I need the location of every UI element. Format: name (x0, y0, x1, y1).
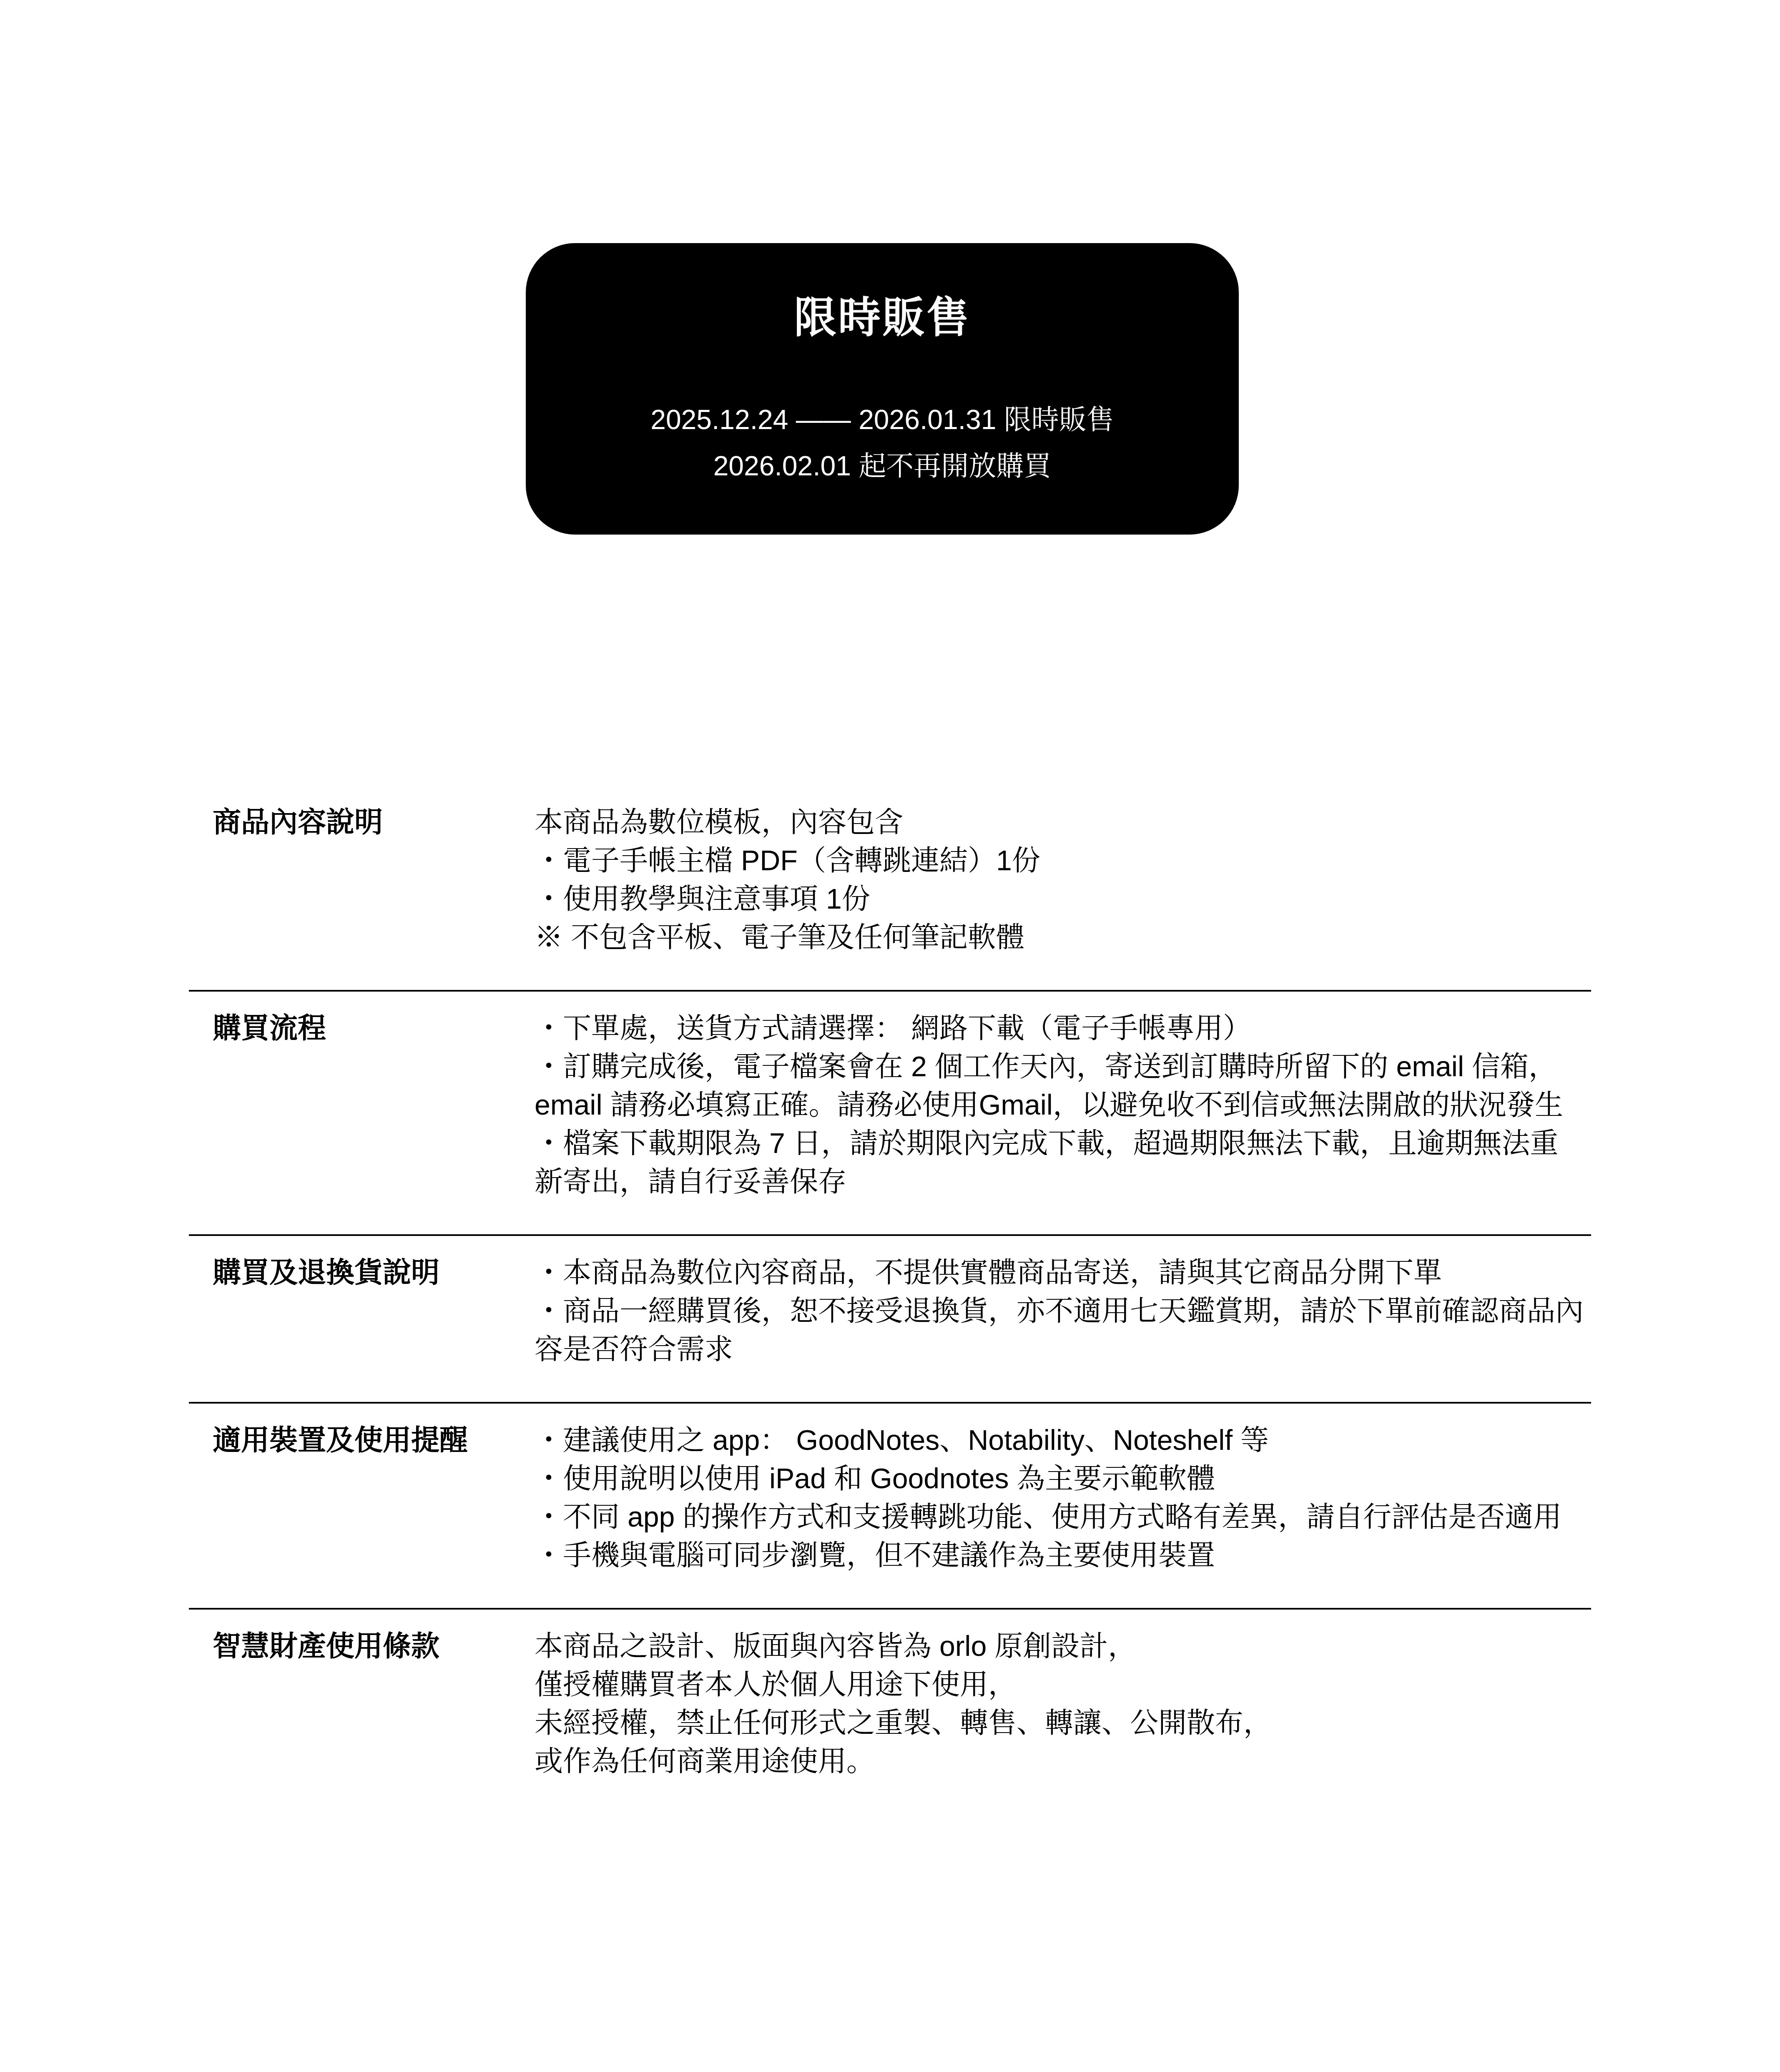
content-line: ・不同 app 的操作方式和支援轉跳功能、使用方式略有差異，請自行評估是否適用 (535, 1498, 1591, 1536)
content-line: 未經授權，禁止任何形式之重製、轉售、轉讓、公開散布， (535, 1704, 1591, 1742)
banner-dates: 2025.12.24 —— 2026.01.31 限時販售 2026.02.01… (526, 397, 1239, 489)
info-section: 購買及退換貨說明・本商品為數位內容商品，不提供實體商品寄送，請與其它商品分開下單… (189, 1236, 1591, 1404)
banner-title: 限時販售 (526, 243, 1239, 339)
banner-date-range: 2025.12.24 —— 2026.01.31 限時販售 (526, 397, 1239, 443)
content-line: ・電子手帳主檔 PDF（含轉跳連結）1份 (535, 841, 1591, 880)
section-label: 適用裝置及使用提醒 (189, 1421, 535, 1459)
section-content: 本商品為數位模板，內容包含・電子手帳主檔 PDF（含轉跳連結）1份・使用教學與注… (535, 803, 1591, 957)
product-info-table: 商品內容說明本商品為數位模板，內容包含・電子手帳主檔 PDF（含轉跳連結）1份・… (189, 803, 1591, 1814)
content-line: email 請務必填寫正確。請務必使用Gmail，以避免收不到信或無法開啟的狀況… (535, 1086, 1591, 1124)
content-line: ・商品一經購買後，恕不接受退換貨，亦不適用七天鑑賞期，請於下單前確認商品內 (535, 1292, 1591, 1330)
section-label: 購買流程 (189, 1009, 535, 1047)
info-section: 購買流程・下單處，送貨方式請選擇： 網路下載（電子手帳專用）・訂購完成後，電子檔… (189, 992, 1591, 1236)
info-section: 智慧財產使用條款本商品之設計、版面與內容皆為 orlo 原創設計，僅授權購買者本… (189, 1610, 1591, 1814)
content-line: 或作為任何商業用途使用。 (535, 1742, 1591, 1781)
banner-date-close: 2026.02.01 起不再開放購買 (526, 443, 1239, 489)
content-line: 本商品之設計、版面與內容皆為 orlo 原創設計， (535, 1627, 1591, 1665)
content-line: ・手機與電腦可同步瀏覽，但不建議作為主要使用裝置 (535, 1536, 1591, 1575)
section-label: 商品內容說明 (189, 803, 535, 841)
product-info-page: 限時販售 2025.12.24 —— 2026.01.31 限時販售 2026.… (0, 0, 1780, 2072)
info-section: 適用裝置及使用提醒・建議使用之 app： GoodNotes、Notabilit… (189, 1404, 1591, 1610)
section-label: 購買及退換貨說明 (189, 1253, 535, 1292)
content-line: 本商品為數位模板，內容包含 (535, 803, 1591, 841)
section-content: 本商品之設計、版面與內容皆為 orlo 原創設計，僅授權購買者本人於個人用途下使… (535, 1627, 1591, 1781)
section-label: 智慧財產使用條款 (189, 1627, 535, 1665)
content-line: ・本商品為數位內容商品，不提供實體商品寄送，請與其它商品分開下單 (535, 1253, 1591, 1292)
info-section: 商品內容說明本商品為數位模板，內容包含・電子手帳主檔 PDF（含轉跳連結）1份・… (189, 803, 1591, 992)
content-line: ・使用教學與注意事項 1份 (535, 880, 1591, 918)
limited-sale-banner: 限時販售 2025.12.24 —— 2026.01.31 限時販售 2026.… (526, 243, 1239, 535)
content-line: ・訂購完成後，電子檔案會在 2 個工作天內，寄送到訂購時所留下的 email 信… (535, 1047, 1591, 1086)
section-content: ・本商品為數位內容商品，不提供實體商品寄送，請與其它商品分開下單・商品一經購買後… (535, 1253, 1591, 1369)
content-line: 僅授權購買者本人於個人用途下使用， (535, 1665, 1591, 1704)
content-line: ・建議使用之 app： GoodNotes、Notability、Noteshe… (535, 1421, 1591, 1459)
content-line: ・使用說明以使用 iPad 和 Goodnotes 為主要示範軟體 (535, 1459, 1591, 1498)
section-content: ・下單處，送貨方式請選擇： 網路下載（電子手帳專用）・訂購完成後，電子檔案會在 … (535, 1009, 1591, 1201)
section-content: ・建議使用之 app： GoodNotes、Notability、Noteshe… (535, 1421, 1591, 1575)
content-line: ・下單處，送貨方式請選擇： 網路下載（電子手帳專用） (535, 1009, 1591, 1047)
content-line: 新寄出，請自行妥善保存 (535, 1163, 1591, 1201)
content-line: 容是否符合需求 (535, 1330, 1591, 1369)
content-line: ・檔案下載期限為 7 日，請於期限內完成下載，超過期限無法下載，且逾期無法重 (535, 1124, 1591, 1163)
content-line: ※ 不包含平板、電子筆及任何筆記軟體 (535, 918, 1591, 957)
